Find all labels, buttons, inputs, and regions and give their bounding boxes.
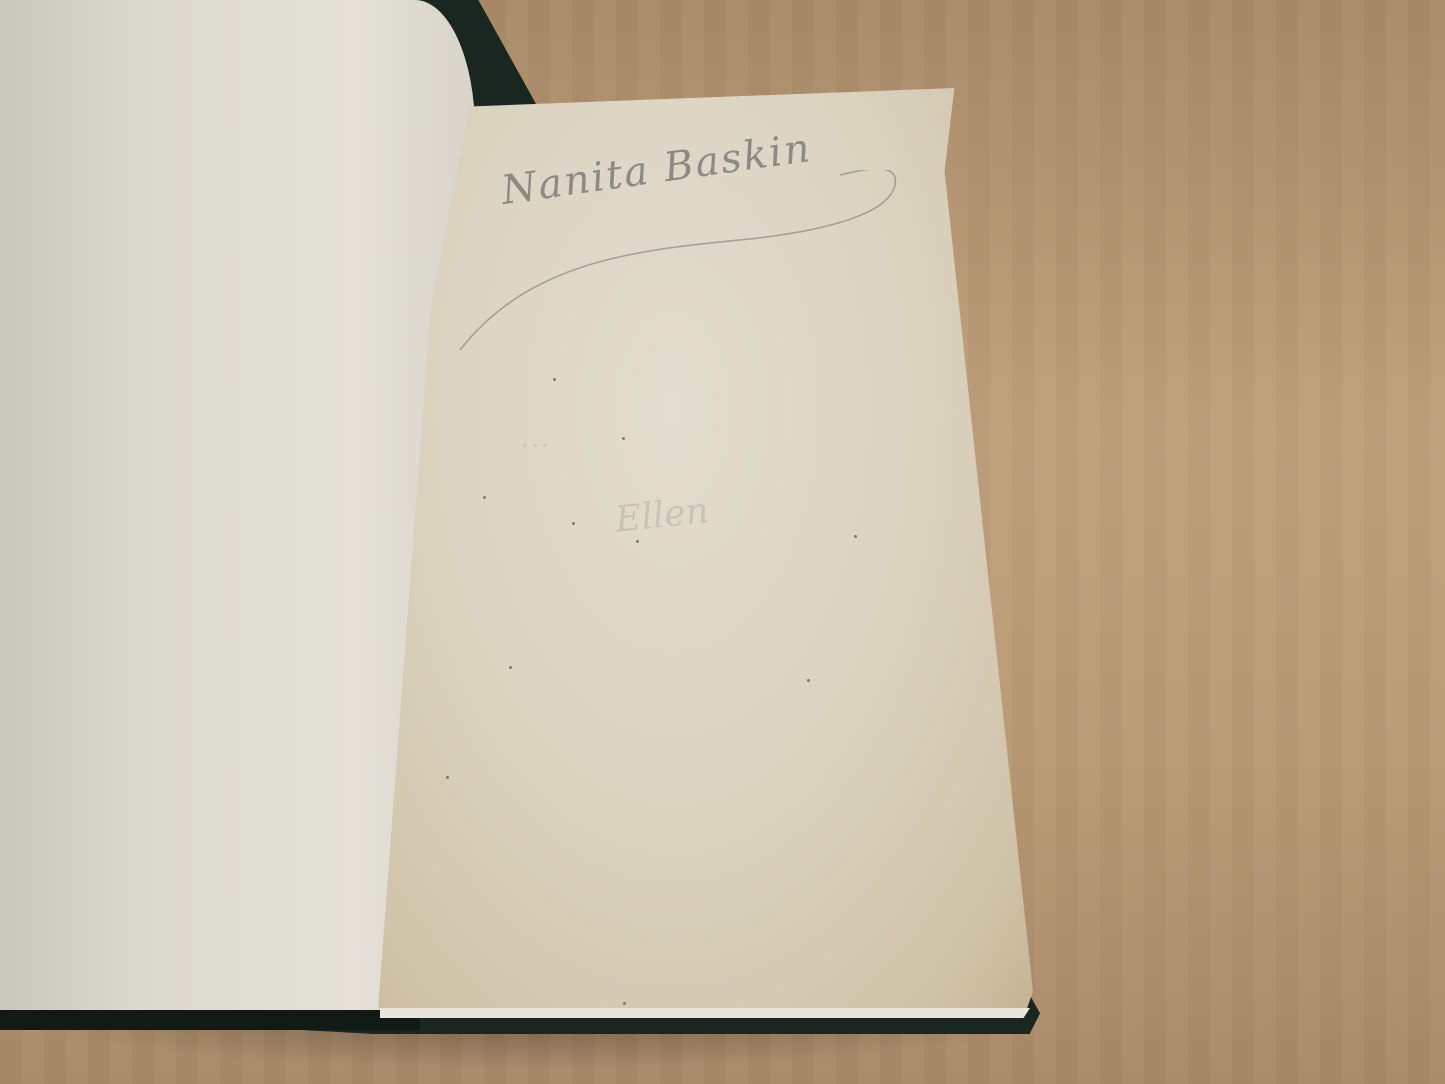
page-block-edge	[380, 1008, 1030, 1018]
paper-speck	[446, 776, 449, 779]
paper-speck	[509, 666, 512, 669]
paper-speck	[553, 378, 556, 381]
paper-speck	[623, 1002, 626, 1005]
paper-speck	[807, 679, 810, 682]
paper-speck	[622, 437, 625, 440]
paper-speck	[854, 535, 857, 538]
paper-speck	[572, 522, 575, 525]
right-endpaper	[378, 88, 1033, 1010]
paper-speck	[483, 496, 486, 499]
erased-inscription-fragment: …	[520, 420, 550, 455]
paper-speck	[636, 540, 639, 543]
